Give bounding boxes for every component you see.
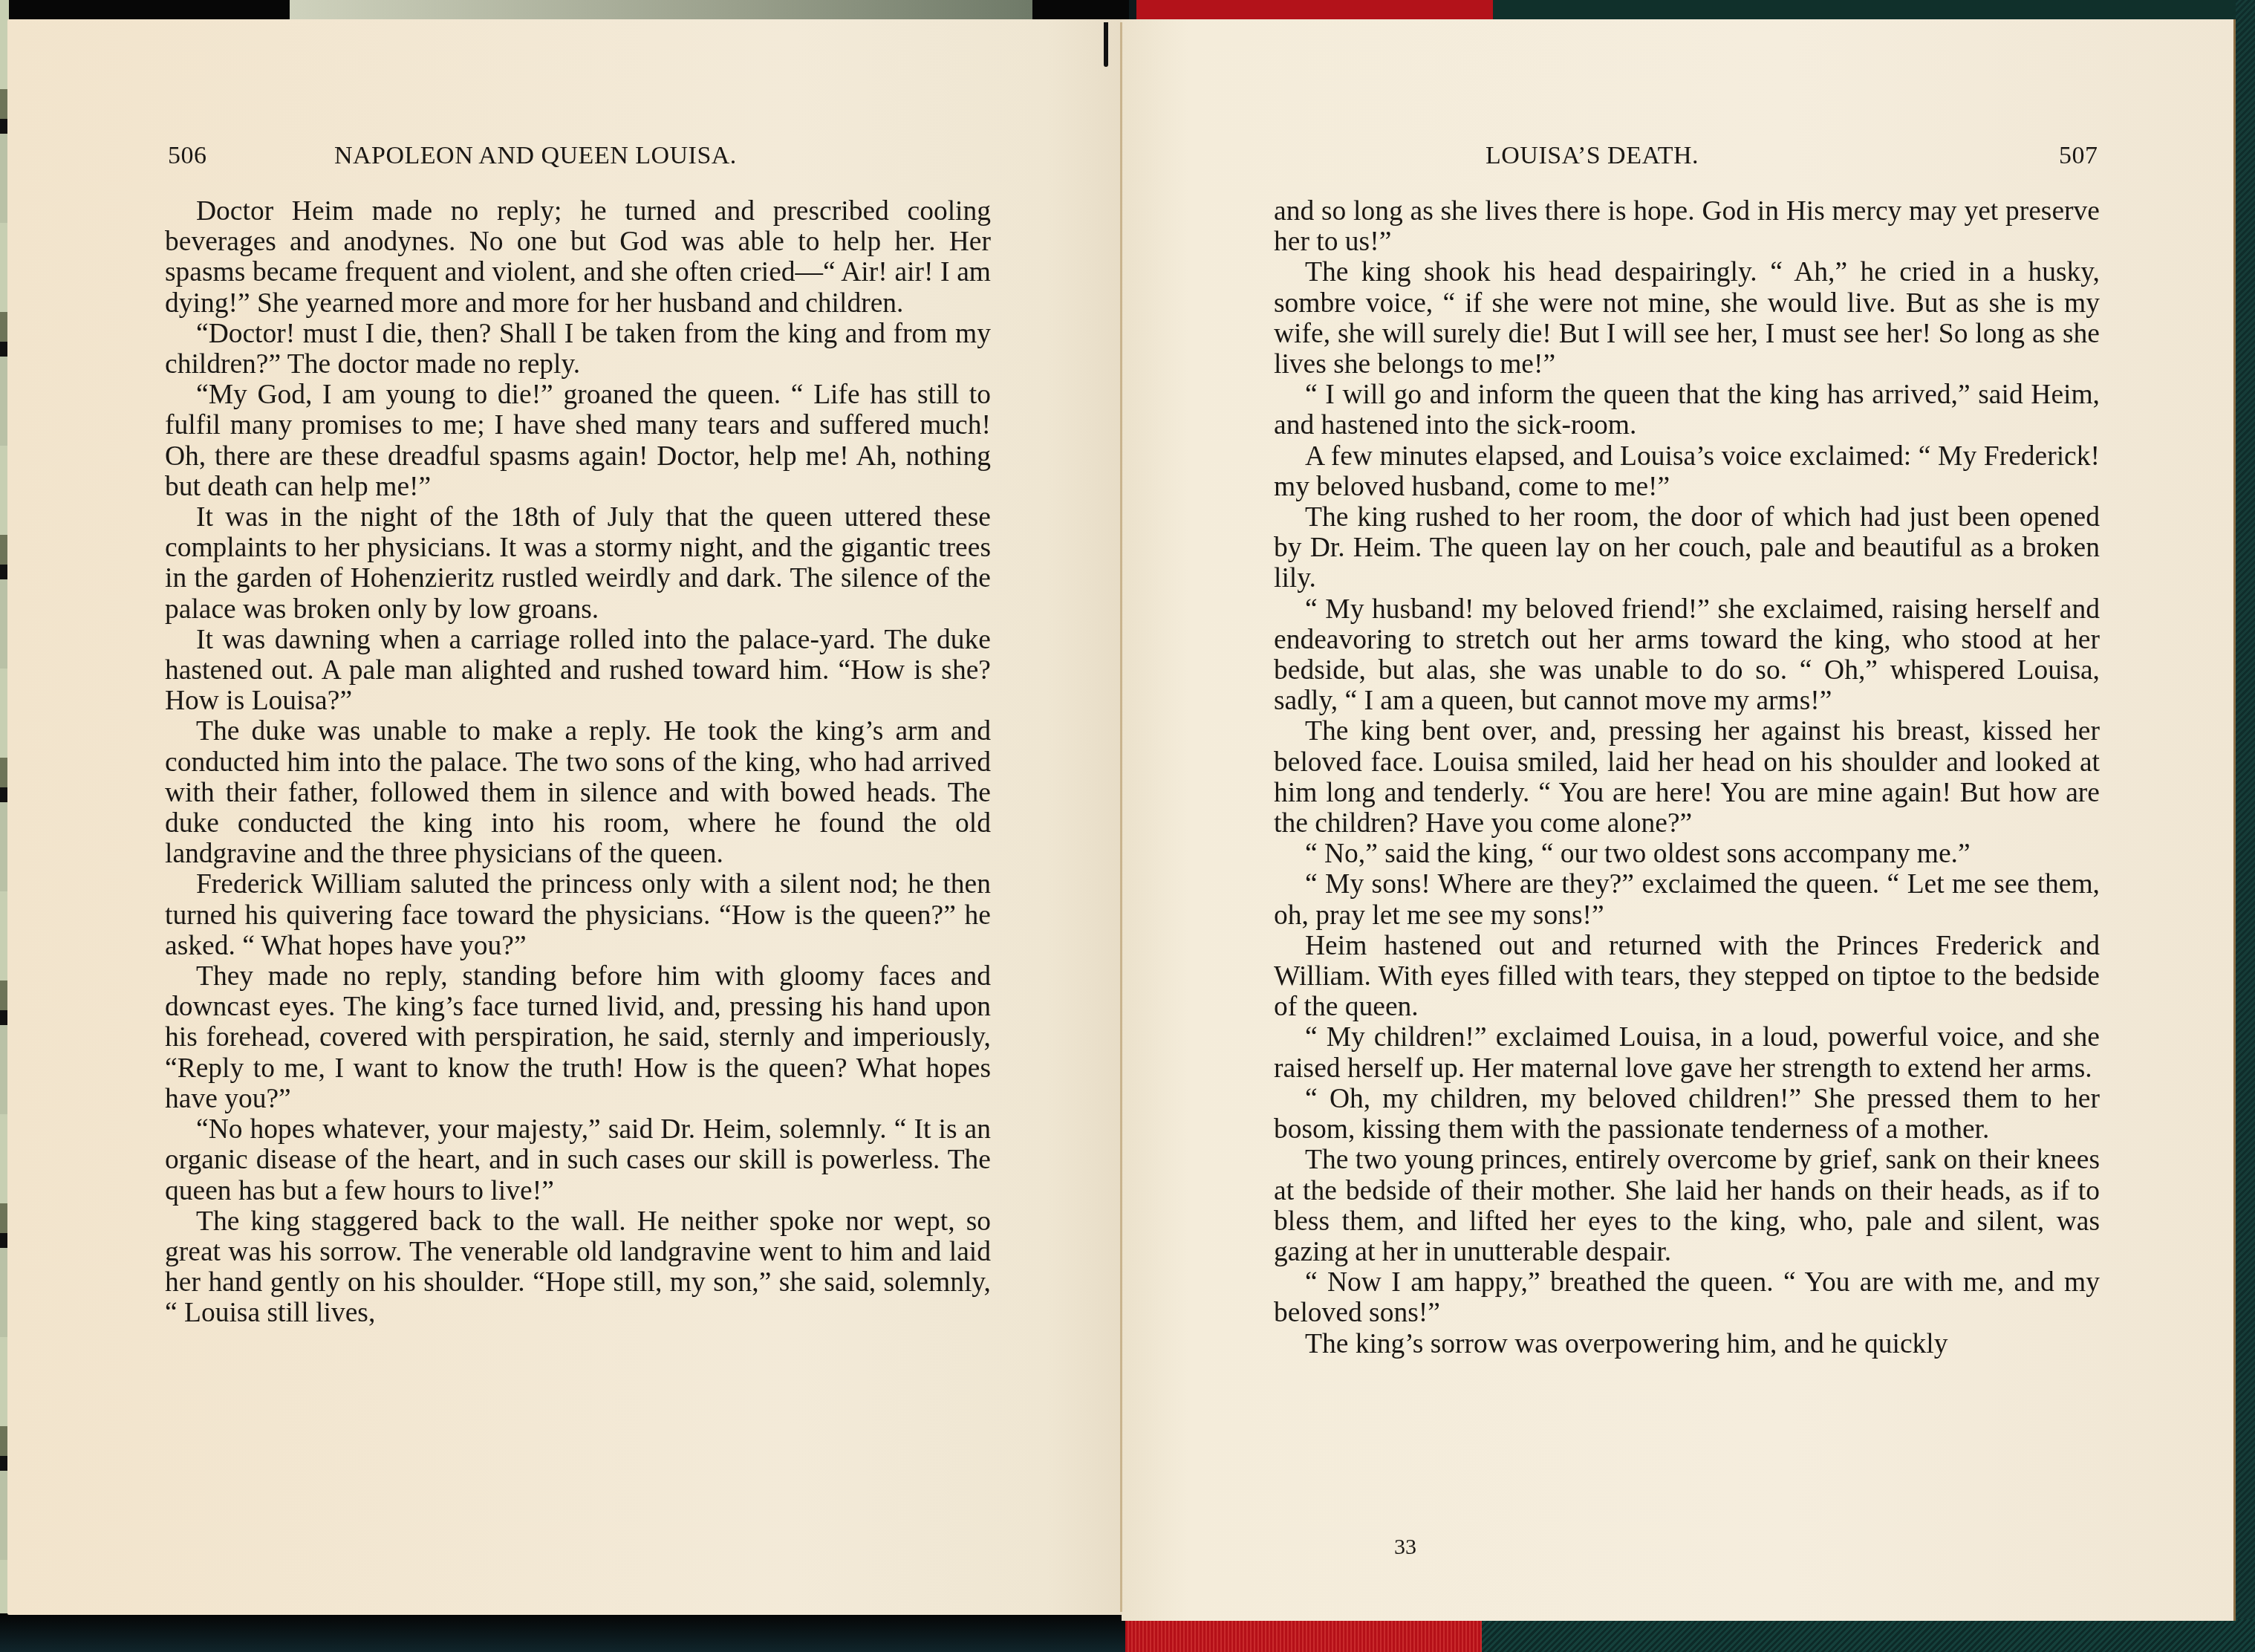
page-number: 507: [2059, 142, 2098, 170]
body-text: Doctor Heim made no reply; he turned and…: [165, 196, 991, 1329]
left-page: 506 NAPOLEON AND QUEEN LOUISA. Doctor He…: [7, 19, 1125, 1615]
running-head: NAPOLEON AND QUEEN LOUISA.: [334, 142, 737, 170]
paragraph: “ My children!” exclaimed Louisa, in a l…: [1274, 1022, 2100, 1083]
paragraph: They made no reply, standing before him …: [165, 961, 991, 1114]
cover-right-top: [1136, 0, 2255, 21]
paragraph: The king rushed to her room, the door of…: [1274, 502, 2100, 594]
paragraph: It was in the night of the 18th of July …: [165, 502, 991, 625]
paragraph: The two young princes, entirely overcome…: [1274, 1145, 2100, 1267]
paragraph: Doctor Heim made no reply; he turned and…: [165, 196, 991, 319]
paragraph: It was dawning when a carriage rolled in…: [165, 625, 991, 717]
paragraph: A few minutes elapsed, and Louisa’s voic…: [1274, 441, 2100, 502]
cover-right-bottom-red: [1125, 1619, 1482, 1652]
cover-left-bottom: [0, 1613, 1129, 1652]
paragraph: and so long as she lives there is hope. …: [1274, 196, 2100, 257]
paragraph: “My God, I am young to die!” groaned the…: [165, 380, 991, 502]
right-page: LOUISA’S DEATH. 507 and so long as she l…: [1122, 19, 2236, 1621]
paragraph: The king shook his head despairingly. “ …: [1274, 257, 2100, 380]
cover-left-top-light: [290, 0, 1032, 19]
paragraph: The duke was unable to make a reply. He …: [165, 716, 991, 869]
body-text: and so long as she lives there is hope. …: [1274, 196, 2100, 1359]
paragraph: “ Now I am happy,” breathed the queen. “…: [1274, 1267, 2100, 1328]
paragraph: Heim hastened out and returned with the …: [1274, 931, 2100, 1023]
paragraph: Frederick William saluted the princess o…: [165, 869, 991, 961]
paragraph: The king staggered back to the wall. He …: [165, 1206, 991, 1329]
page-number: 506: [168, 142, 207, 170]
cover-right-edge: [2236, 0, 2255, 1652]
paragraph: “ Oh, my children, my beloved children!”…: [1274, 1084, 2100, 1145]
bookmark-ribbon: [1104, 22, 1108, 67]
paragraph: The king bent over, and, pressing her ag…: [1274, 716, 2100, 839]
running-head: LOUISA’S DEATH.: [1486, 142, 1699, 170]
paragraph: “ I will go and inform the queen that th…: [1274, 380, 2100, 440]
paragraph: “ My husband! my beloved friend!” she ex…: [1274, 594, 2100, 717]
paragraph: “No hopes whatever, your majesty,” said …: [165, 1114, 991, 1206]
cover-right-bottom-green: [1482, 1619, 2255, 1652]
paragraph: The king’s sorrow was overpowering him, …: [1274, 1329, 2100, 1359]
signature-mark: 33: [1394, 1535, 1416, 1560]
paragraph: “ No,” said the king, “ our two oldest s…: [1274, 839, 2100, 869]
gutter: [1120, 22, 1122, 1612]
paragraph: “ My sons! Where are they?” exclaimed th…: [1274, 869, 2100, 930]
paragraph: “Doctor! must I die, then? Shall I be ta…: [165, 319, 991, 380]
